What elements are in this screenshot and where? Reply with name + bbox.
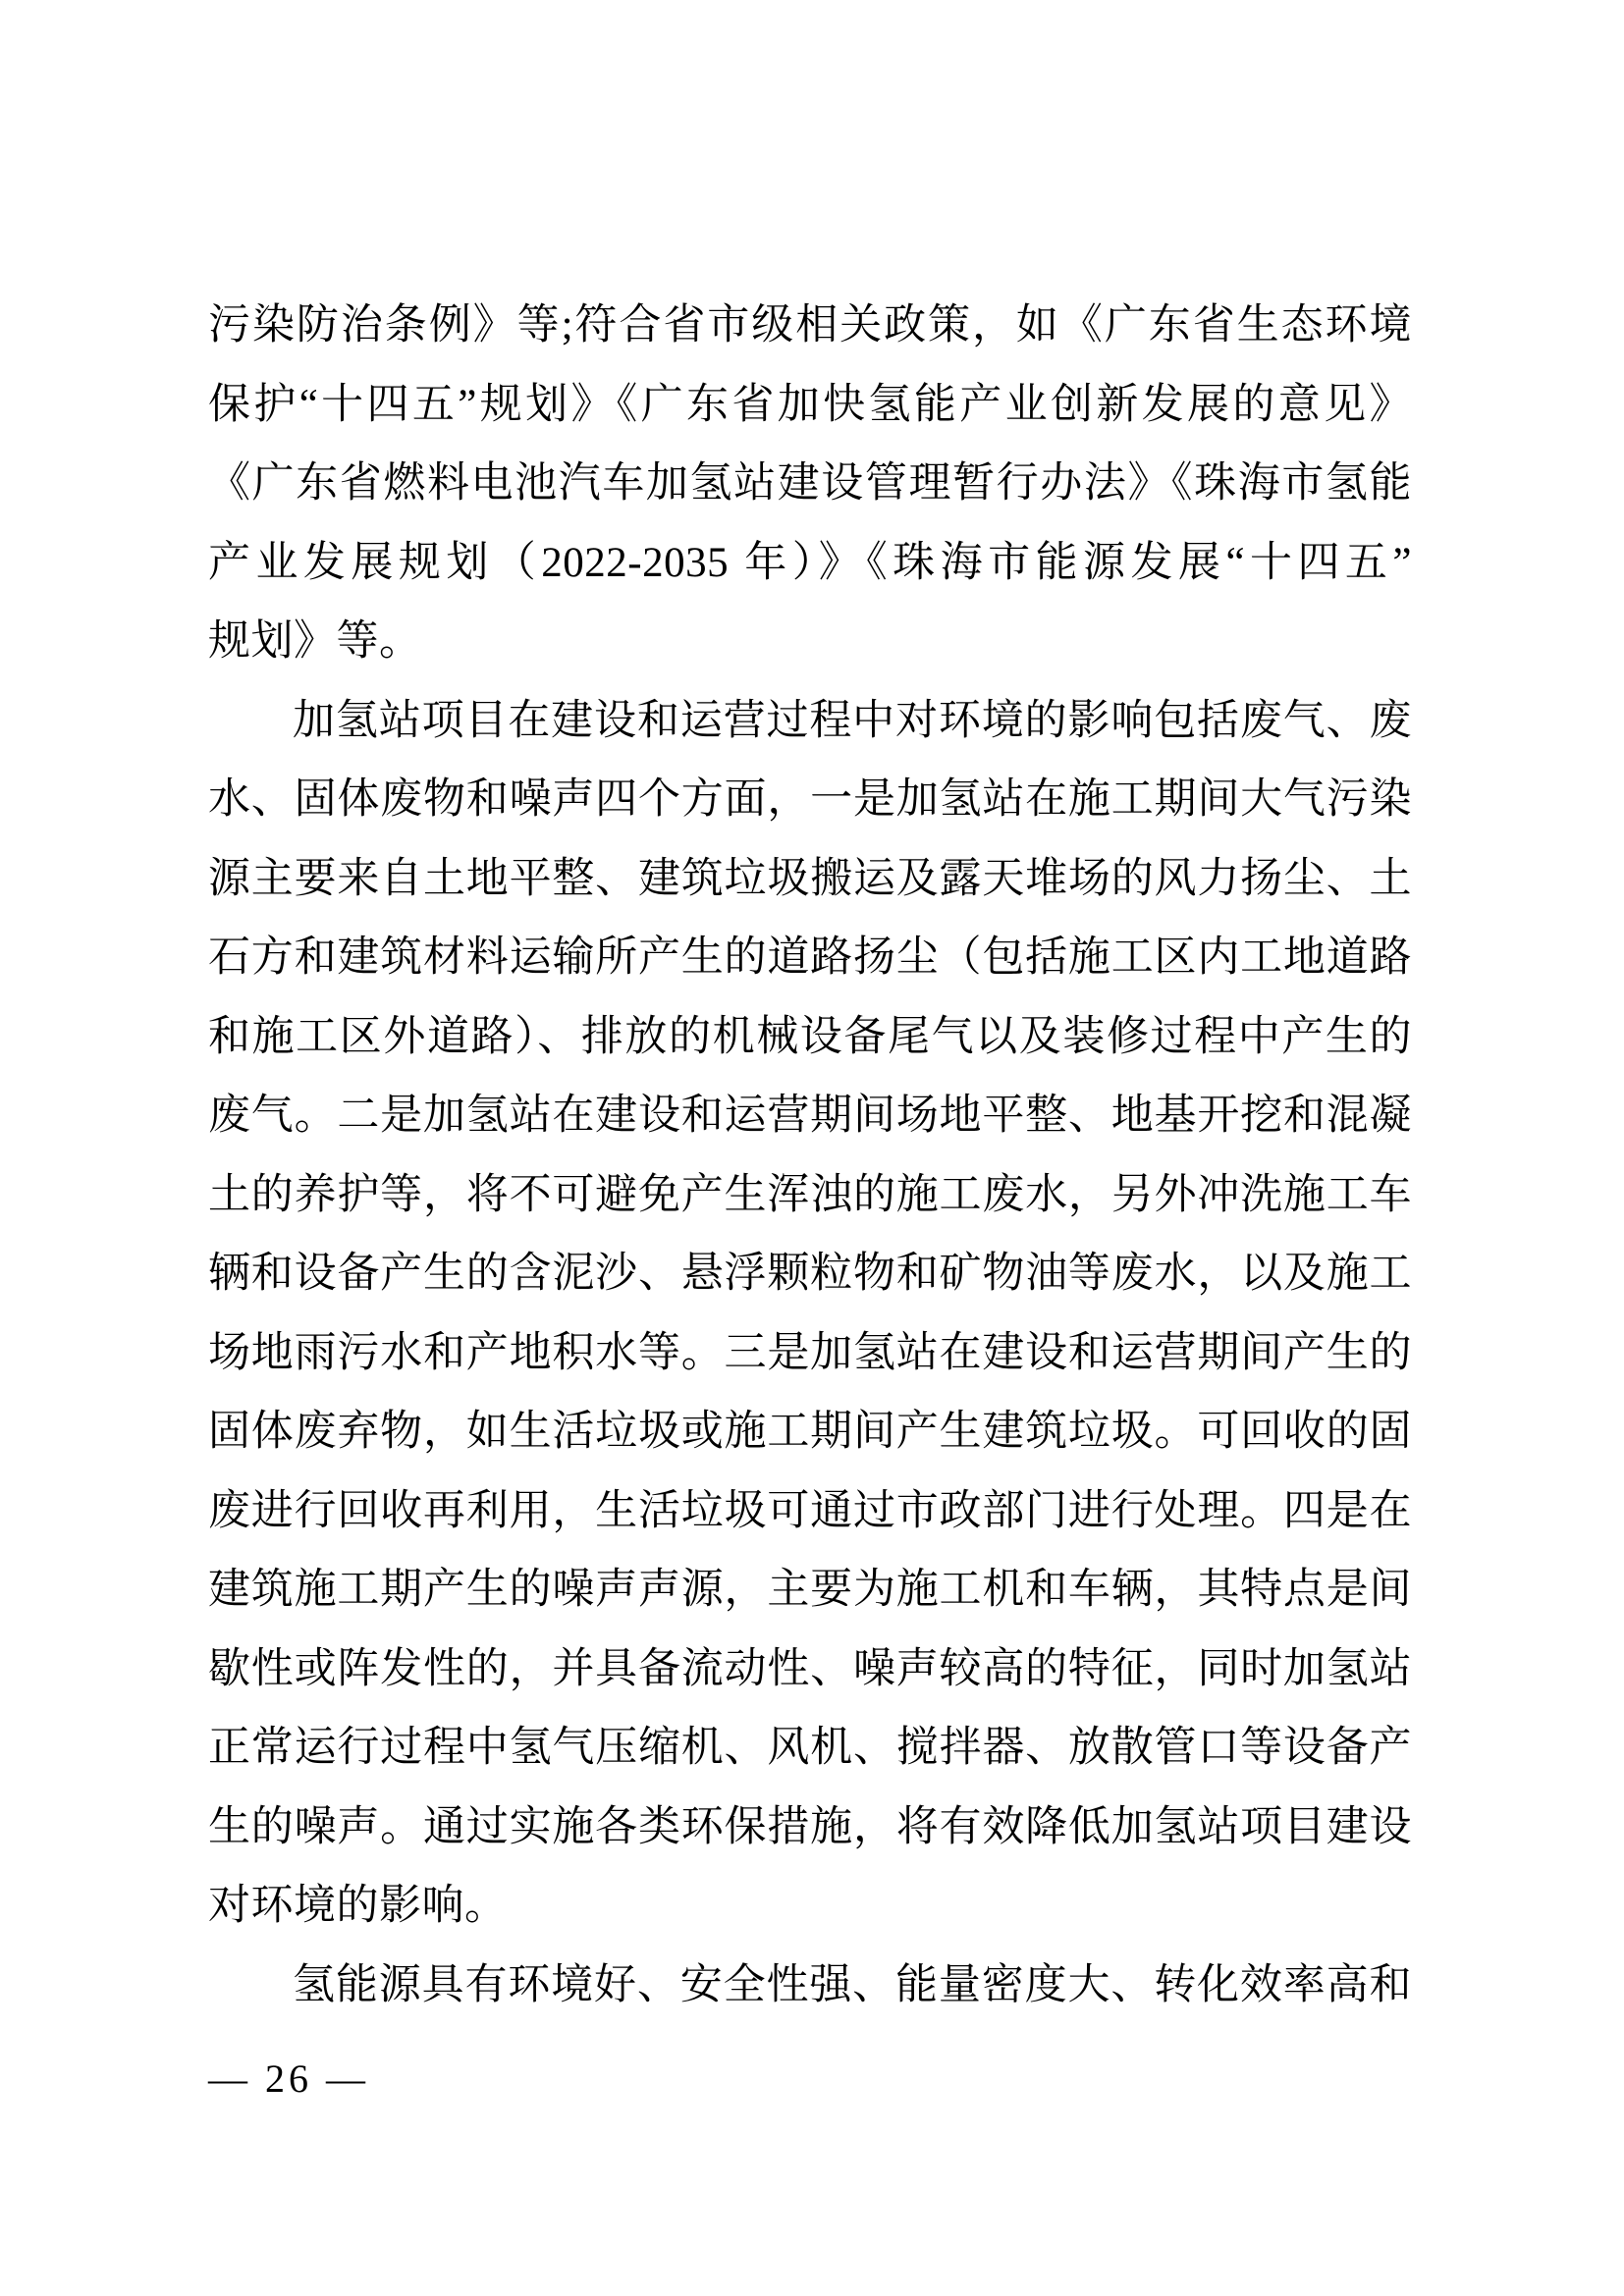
text-line: 产业发展规划（2022-2035 年）》《珠海市能源发展“十四五”: [208, 524, 1412, 604]
text-line: 固体废弃物，如生活垃圾或施工期间产生建筑垃圾。可回收的固: [208, 1393, 1412, 1472]
text-line: 生的噪声。通过实施各类环保措施，将有效降低加氢站项目建设: [208, 1789, 1412, 1868]
text-line: 辆和设备产生的含泥沙、悬浮颗粒物和矿物油等废水，以及施工: [208, 1235, 1412, 1314]
document-body: 污染防治条例》等;符合省市级相关政策，如《广东省生态环境保护“十四五”规划》《广…: [208, 287, 1412, 2025]
text-line: 《广东省燃料电池汽车加氢站建设管理暂行办法》《珠海市氢能: [208, 445, 1412, 524]
page-number: — 26 —: [208, 2056, 369, 2101]
text-line: 废进行回收再利用，生活垃圾可通过市政部门进行处理。四是在: [208, 1472, 1412, 1552]
text-line: 废气。二是加氢站在建设和运营期间场地平整、地基开挖和混凝: [208, 1077, 1412, 1156]
text-line: 正常运行过程中氢气压缩机、风机、搅拌器、放散管口等设备产: [208, 1709, 1412, 1789]
text-line: 建筑施工期产生的噪声声源，主要为施工机和车辆，其特点是间: [208, 1551, 1412, 1630]
text-line: 规划》等。: [208, 603, 1412, 682]
text-line: 源主要来自土地平整、建筑垃圾搬运及露天堆场的风力扬尘、土: [208, 840, 1412, 920]
text-line: 氢能源具有环境好、安全性强、能量密度大、转化效率高和: [208, 1947, 1412, 2026]
text-line: 对环境的影响。: [208, 1867, 1412, 1947]
text-line: 歇性或阵发性的，并具备流动性、噪声较高的特征，同时加氢站: [208, 1630, 1412, 1710]
document-page: 污染防治条例》等;符合省市级相关政策，如《广东省生态环境保护“十四五”规划》《广…: [0, 0, 1624, 2296]
text-line: 加氢站项目在建设和运营过程中对环境的影响包括废气、废: [208, 682, 1412, 762]
text-line: 保护“十四五”规划》《广东省加快氢能产业创新发展的意见》: [208, 366, 1412, 446]
page-footer: — 26 —: [208, 2050, 369, 2109]
text-line: 和施工区外道路）、排放的机械设备尾气以及装修过程中产生的: [208, 998, 1412, 1078]
text-line: 石方和建筑材料运输所产生的道路扬尘（包括施工区内工地道路: [208, 919, 1412, 998]
text-line: 水、固体废物和噪声四个方面，一是加氢站在施工期间大气污染: [208, 761, 1412, 840]
text-line: 场地雨污水和产地积水等。三是加氢站在建设和运营期间产生的: [208, 1314, 1412, 1394]
text-line: 污染防治条例》等;符合省市级相关政策，如《广东省生态环境: [208, 287, 1412, 366]
text-line: 土的养护等，将不可避免产生浑浊的施工废水，另外冲洗施工车: [208, 1156, 1412, 1236]
